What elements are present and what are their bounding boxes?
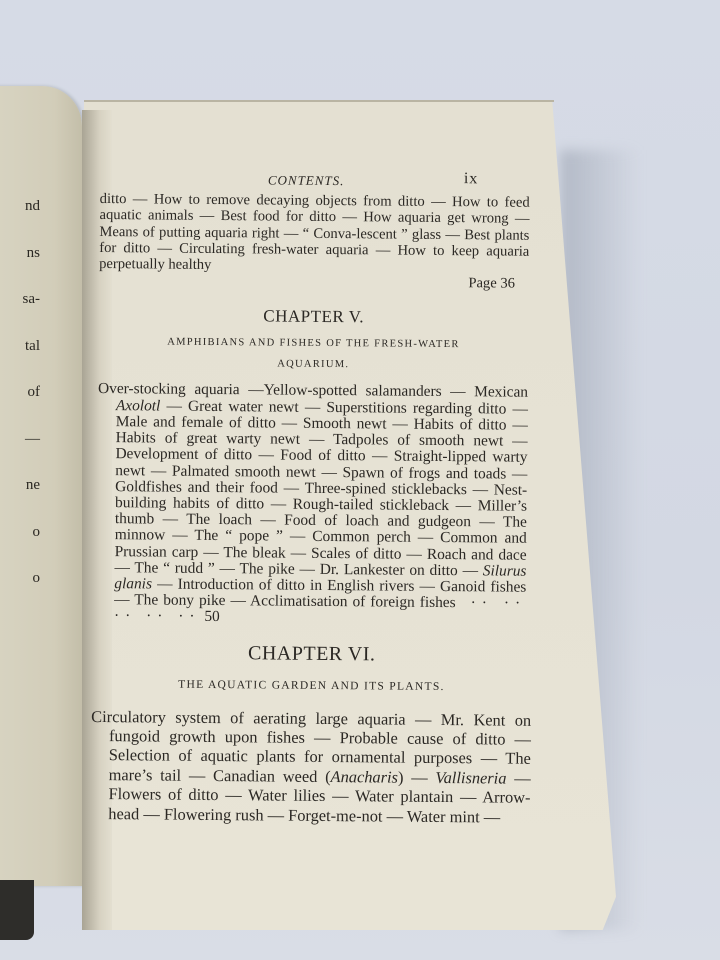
- fragment: sa-: [0, 292, 40, 308]
- chapter-title: AMPHIBIANS AND FISHES OF THE FRESH-WATER…: [98, 331, 528, 377]
- running-head-title: CONTENTS.: [268, 172, 345, 189]
- fragment: —: [0, 432, 40, 448]
- page-reference: 50: [204, 608, 220, 625]
- contents-text-block: CONTENTS. ix ditto — How to remove decay…: [94, 165, 530, 827]
- entry-text: — Great water newt — Superstitions regar…: [114, 397, 528, 579]
- fragment: nd: [0, 199, 40, 215]
- chapter-6: CHAPTER VI. THE AQUATIC GARDEN AND ITS P…: [90, 640, 532, 826]
- chapter-entry: Over-stocking aquaria —Yellow-spotted sa…: [96, 381, 528, 628]
- entry-italic: Anacharis: [331, 767, 399, 787]
- page-top-edge: [84, 100, 554, 102]
- page-number: ix: [464, 170, 479, 188]
- fragment: ne: [0, 478, 40, 494]
- continued-entry: ditto — How to remove decaying objects f…: [99, 191, 530, 276]
- running-head: CONTENTS. ix: [100, 165, 530, 195]
- fragment: of: [0, 385, 40, 401]
- page-reference: Page 36: [99, 272, 529, 293]
- chapter-heading: CHAPTER V.: [99, 305, 529, 329]
- fragment: tal: [0, 339, 40, 355]
- entry-italic: Axolotl: [116, 397, 161, 414]
- chapter-heading: CHAPTER VI.: [92, 640, 532, 667]
- left-page-text-fragments: nd ns sa- tal of — ne o o: [0, 168, 40, 602]
- entry-text: — Introduction of ditto in English river…: [114, 575, 526, 611]
- fragment: o: [0, 525, 40, 541]
- fragment: o: [0, 571, 40, 587]
- chapter-5: CHAPTER V. AMPHIBIANS AND FISHES OF THE …: [96, 305, 529, 628]
- entry-italic: Vallisneria: [435, 768, 506, 788]
- chapter-entry: Circulatory system of aerating large aqu…: [90, 706, 531, 826]
- fragment: ns: [0, 246, 40, 262]
- chapter-title: THE AQUATIC GARDEN AND ITS PLANTS.: [91, 673, 531, 698]
- entry-text: ) —: [398, 767, 436, 786]
- book-cover-corner: [0, 880, 34, 940]
